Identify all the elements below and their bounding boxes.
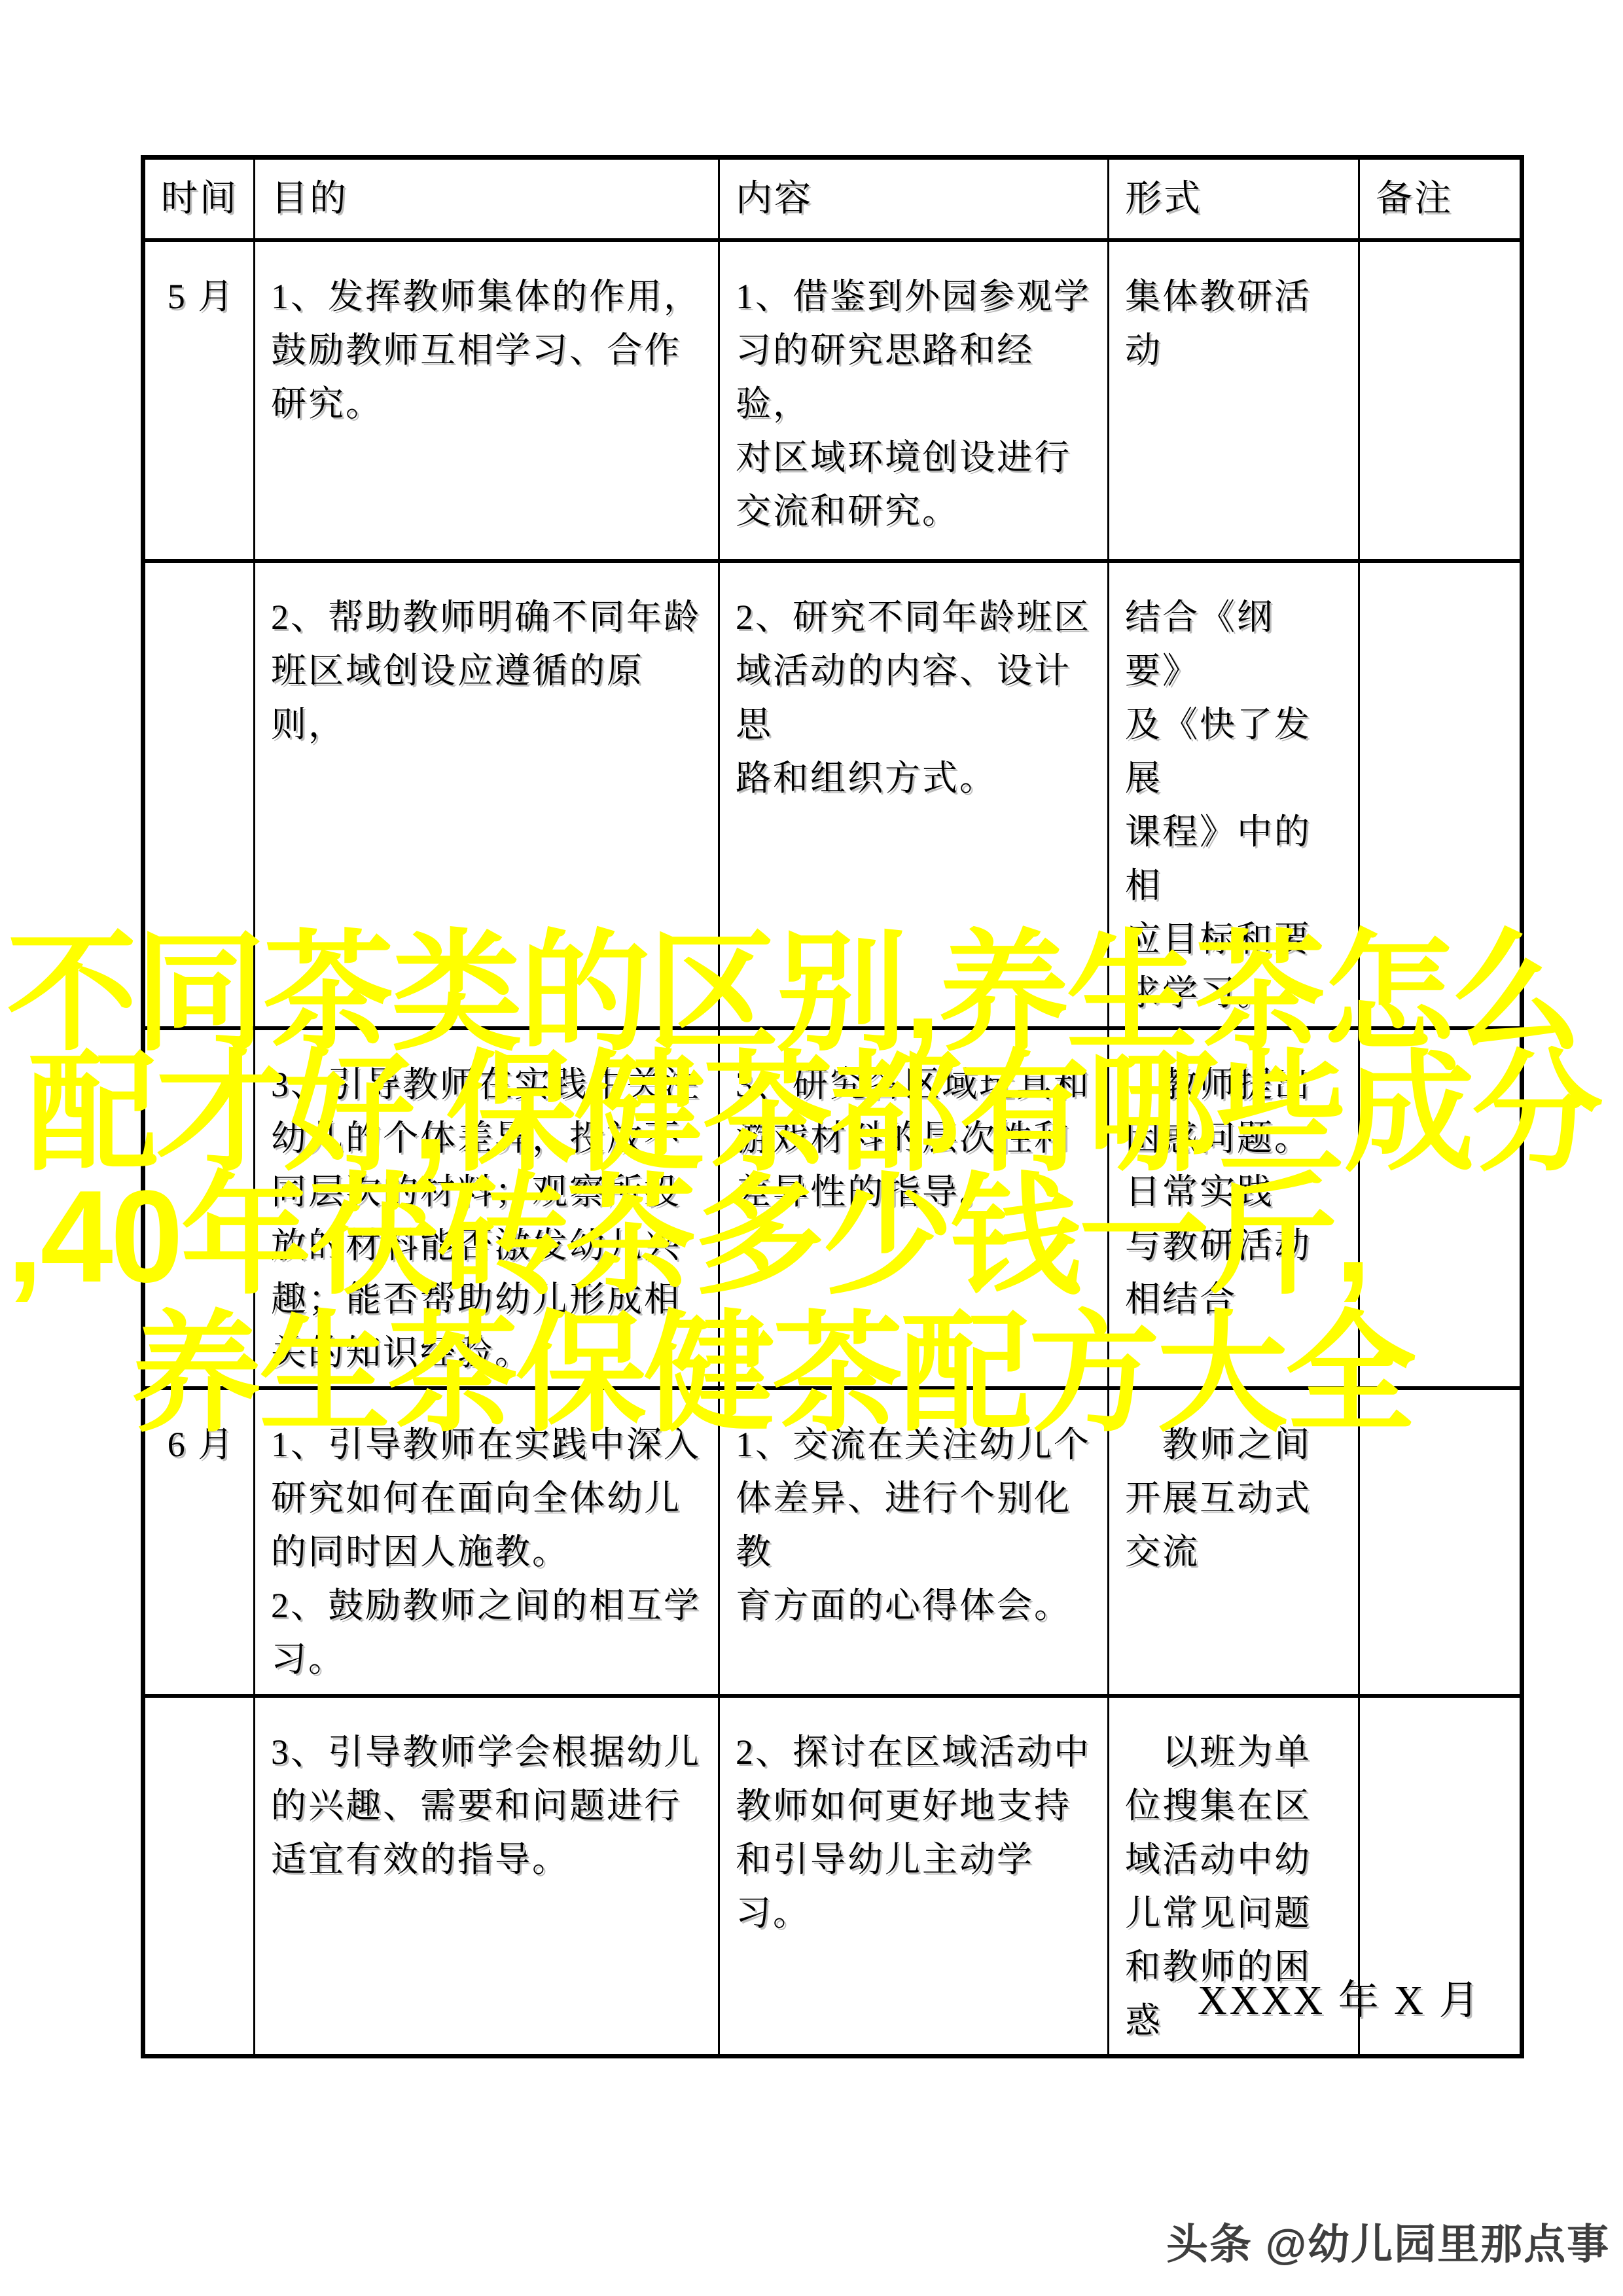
header-content: 内容	[719, 158, 1109, 241]
keyword-watermark-line-4: 养生茶保健茶配方大全	[131, 1309, 1414, 1440]
header-form: 形式	[1109, 158, 1359, 241]
cell-time	[143, 1696, 255, 2056]
footer-date: XXXX 年 X 月	[1198, 1967, 1482, 2026]
keyword-watermark-line-1: 不同茶类的区别,养生茶怎么	[7, 928, 1580, 1059]
header-time: 时间	[143, 158, 255, 241]
header-purpose: 目的	[255, 158, 719, 241]
header-note: 备注	[1359, 158, 1522, 241]
keyword-watermark-line-3: ,40年茯砖茶多少钱一斤,	[7, 1172, 1369, 1302]
credit-watermark: 头条 @幼儿园里那点事	[1166, 2211, 1610, 2271]
cell-purpose: 3、引导教师学会根据幼儿 的兴趣、需要和问题进行 适宜有效的指导。	[255, 1696, 719, 2056]
cell-purpose: 1、发挥教师集体的作用， 鼓励教师互相学习、合作 研究。	[255, 240, 719, 561]
cell-content: 2、探讨在区域活动中 教师如何更好地支持 和引导幼儿主动学习。	[719, 1696, 1109, 2056]
cell-content: 1、借鉴到外园参观学 习的研究思路和经验， 对区域环境创设进行 交流和研究。	[719, 240, 1109, 561]
document-page: 时间 目的 内容 形式 备注 5 月 1、发挥教师集体的作用， 鼓励教师互相学习…	[0, 0, 1623, 2296]
cell-form: 集体教研活 动	[1109, 240, 1359, 561]
keyword-watermark-line-2: 配才好,保健茶都有哪些成分	[27, 1049, 1601, 1179]
table-header-row: 时间 目的 内容 形式 备注	[143, 158, 1522, 241]
cell-note	[1359, 240, 1522, 561]
cell-time: 5 月	[143, 240, 255, 561]
table-row: 5 月 1、发挥教师集体的作用， 鼓励教师互相学习、合作 研究。 1、借鉴到外园…	[143, 240, 1522, 561]
